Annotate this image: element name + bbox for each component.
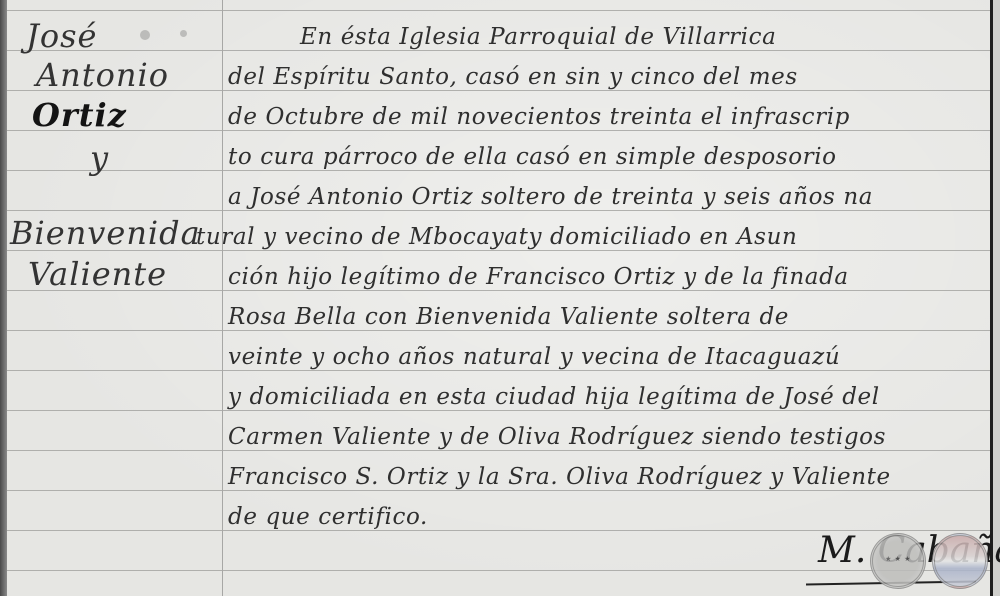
entry-line: a José Antonio Ortiz soltero de treinta …: [228, 182, 873, 212]
entry-line: Rosa Bella con Bienvenida Valiente solte…: [228, 302, 789, 332]
entry-line: de que certifico.: [228, 502, 428, 532]
page-right-strip: [993, 0, 1000, 596]
entry-line: Francisco S. Ortiz y la Sra. Oliva Rodrí…: [228, 462, 891, 492]
ink-smudge: [140, 30, 150, 40]
margin-groom-middle: Antonio: [36, 57, 169, 93]
page-left-edge: [0, 0, 7, 596]
official-seal-flag: [932, 533, 988, 589]
margin-groom-first: José: [26, 18, 97, 54]
margin-groom-last: Ortiz: [32, 97, 127, 133]
entry-line: del Espíritu Santo, casó en sin y cinco …: [228, 62, 798, 92]
margin-conjunction: y: [90, 140, 109, 176]
entry-line: to cura párroco de ella casó en simple d…: [228, 142, 837, 172]
margin-line: [222, 0, 223, 596]
margin-bride-first: Bienvenida: [10, 215, 201, 251]
ruled-line: [7, 10, 990, 11]
entry-line: En ésta Iglesia Parroquial de Villarrica: [300, 22, 776, 52]
entry-line: ción hijo legítimo de Francisco Ortiz y …: [228, 262, 849, 292]
register-page: José Antonio Ortiz y Bienvenida Valiente…: [0, 0, 1000, 596]
entry-line: Carmen Valiente y de Oliva Rodríguez sie…: [228, 422, 886, 452]
ink-smudge: [180, 30, 187, 37]
margin-bride-last: Valiente: [28, 256, 167, 292]
official-seal-grey: ★ ★ ★: [870, 533, 926, 589]
entry-line: veinte y ocho años natural y vecina de I…: [228, 342, 840, 372]
entry-line: tural y vecino de Mbocayaty domiciliado …: [196, 222, 797, 252]
entry-line: y domiciliada en esta ciudad hija legíti…: [228, 382, 880, 412]
entry-line: de Octubre de mil novecientos treinta el…: [228, 102, 850, 132]
